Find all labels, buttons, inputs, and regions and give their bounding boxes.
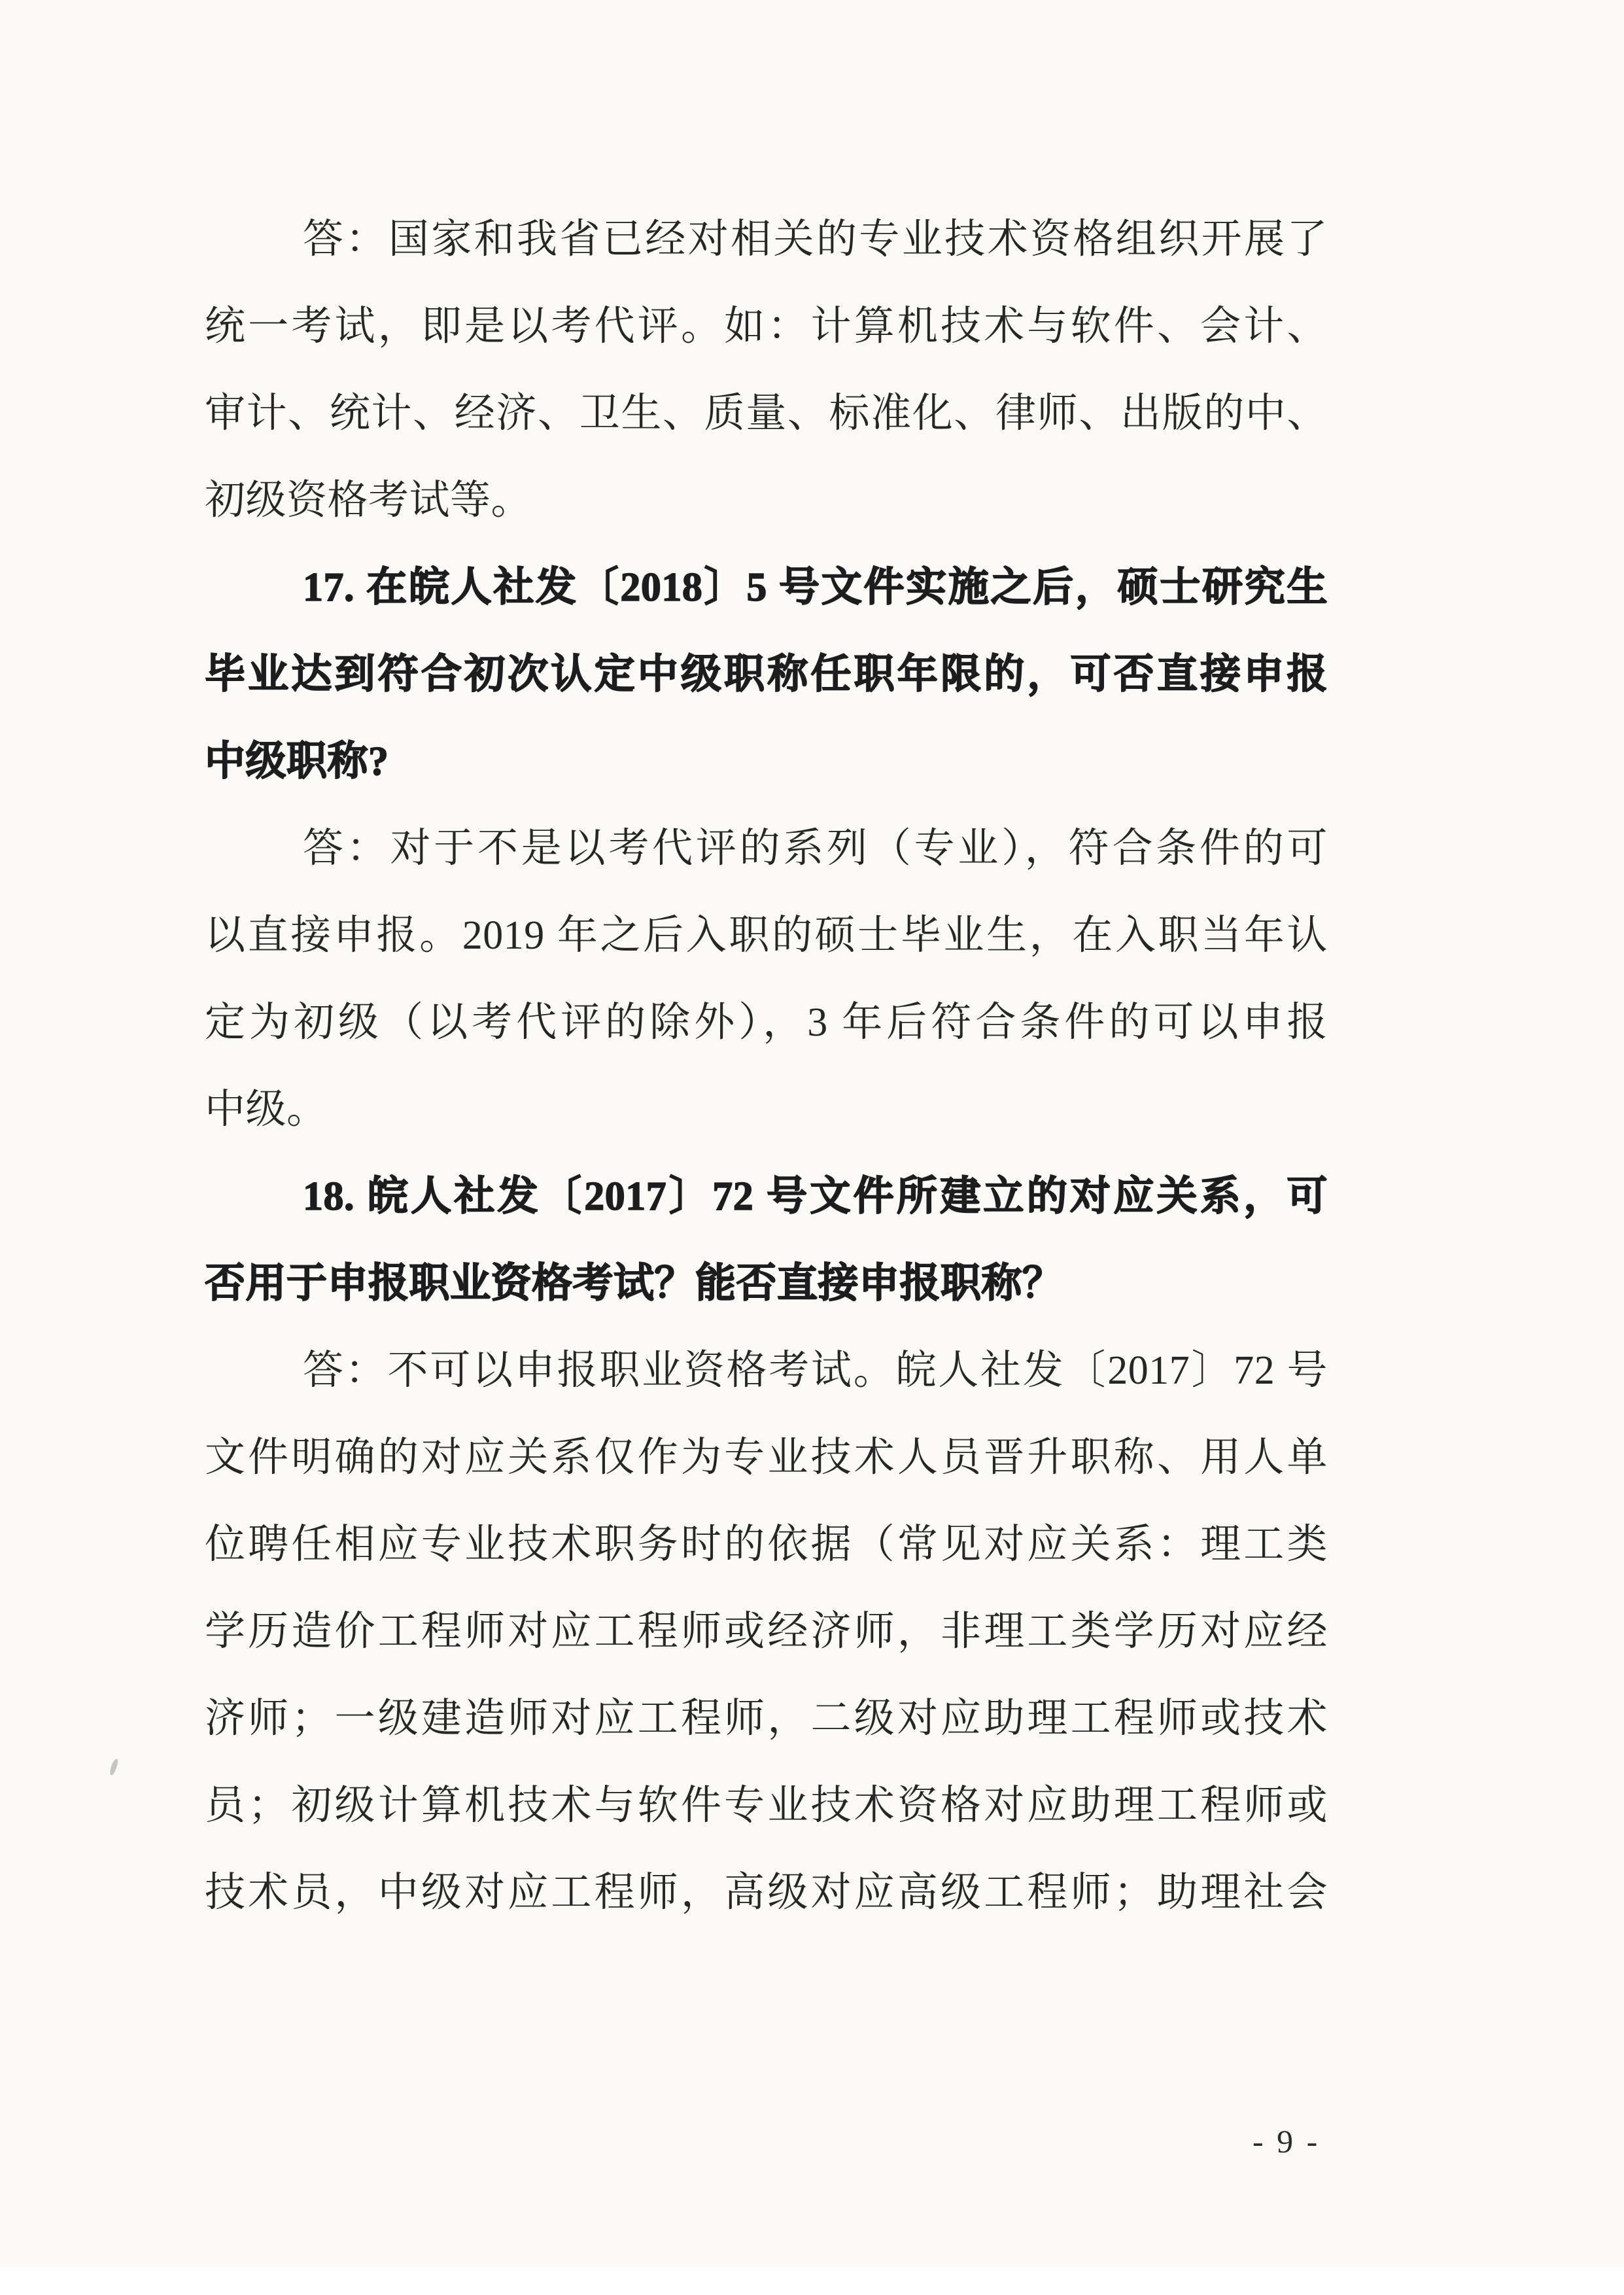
page-number: - 9 - xyxy=(1253,2122,1320,2161)
document-page: 答：国家和我省已经对相关的专业技术资格组织开展了 统一考试，即是以考代评。如：计… xyxy=(0,0,1624,2295)
answer-16-line-4: 初级资格考试等。 xyxy=(205,457,1328,544)
question-17-line-3: 中级职称? xyxy=(205,718,1328,805)
answer-18-line-5: 济师；一级建造师对应工程师，二级对应助理工程师或技术 xyxy=(205,1675,1328,1762)
answer-18-line-1: 答：不可以申报职业资格考试。皖人社发〔2017〕72 号 xyxy=(205,1327,1328,1414)
question-18-line-2: 否用于申报职业资格考试？能否直接申报职称？ xyxy=(205,1240,1328,1327)
answer-17-line-2: 以直接申报。2019 年之后入职的硕士毕业生，在入职当年认 xyxy=(205,892,1328,979)
answer-17-line-1: 答：对于不是以考代评的系列（专业），符合条件的可 xyxy=(205,805,1328,892)
answer-18-line-7: 技术员，中级对应工程师，高级对应高级工程师；助理社会 xyxy=(205,1849,1328,1936)
answer-17-line-3: 定为初级（以考代评的除外），3 年后符合条件的可以申报 xyxy=(205,979,1328,1066)
scan-artifact xyxy=(109,1758,119,1776)
question-18-line-1: 18. 皖人社发〔2017〕72 号文件所建立的对应关系，可 xyxy=(205,1153,1328,1240)
answer-16-line-2: 统一考试，即是以考代评。如：计算机技术与软件、会计、 xyxy=(205,283,1328,370)
answer-16-line-3: 审计、统计、经济、卫生、质量、标准化、律师、出版的中、 xyxy=(205,370,1328,457)
answer-18-line-4: 学历造价工程师对应工程师或经济师，非理工类学历对应经 xyxy=(205,1588,1328,1675)
answer-18-line-6: 员；初级计算机技术与软件专业技术资格对应助理工程师或 xyxy=(205,1762,1328,1849)
answer-18-line-3: 位聘任相应专业技术职务时的依据（常见对应关系：理工类 xyxy=(205,1501,1328,1588)
answer-18-line-2: 文件明确的对应关系仅作为专业技术人员晋升职称、用人单 xyxy=(205,1414,1328,1501)
answer-17-line-4: 中级。 xyxy=(205,1066,1328,1153)
question-17-line-1: 17. 在皖人社发〔2018〕5 号文件实施之后，硕士研究生 xyxy=(205,544,1328,631)
question-17-line-2: 毕业达到符合初次认定中级职称任职年限的，可否直接申报 xyxy=(205,631,1328,718)
document-body: 答：国家和我省已经对相关的专业技术资格组织开展了 统一考试，即是以考代评。如：计… xyxy=(205,196,1328,1936)
answer-16-line-1: 答：国家和我省已经对相关的专业技术资格组织开展了 xyxy=(205,196,1328,283)
